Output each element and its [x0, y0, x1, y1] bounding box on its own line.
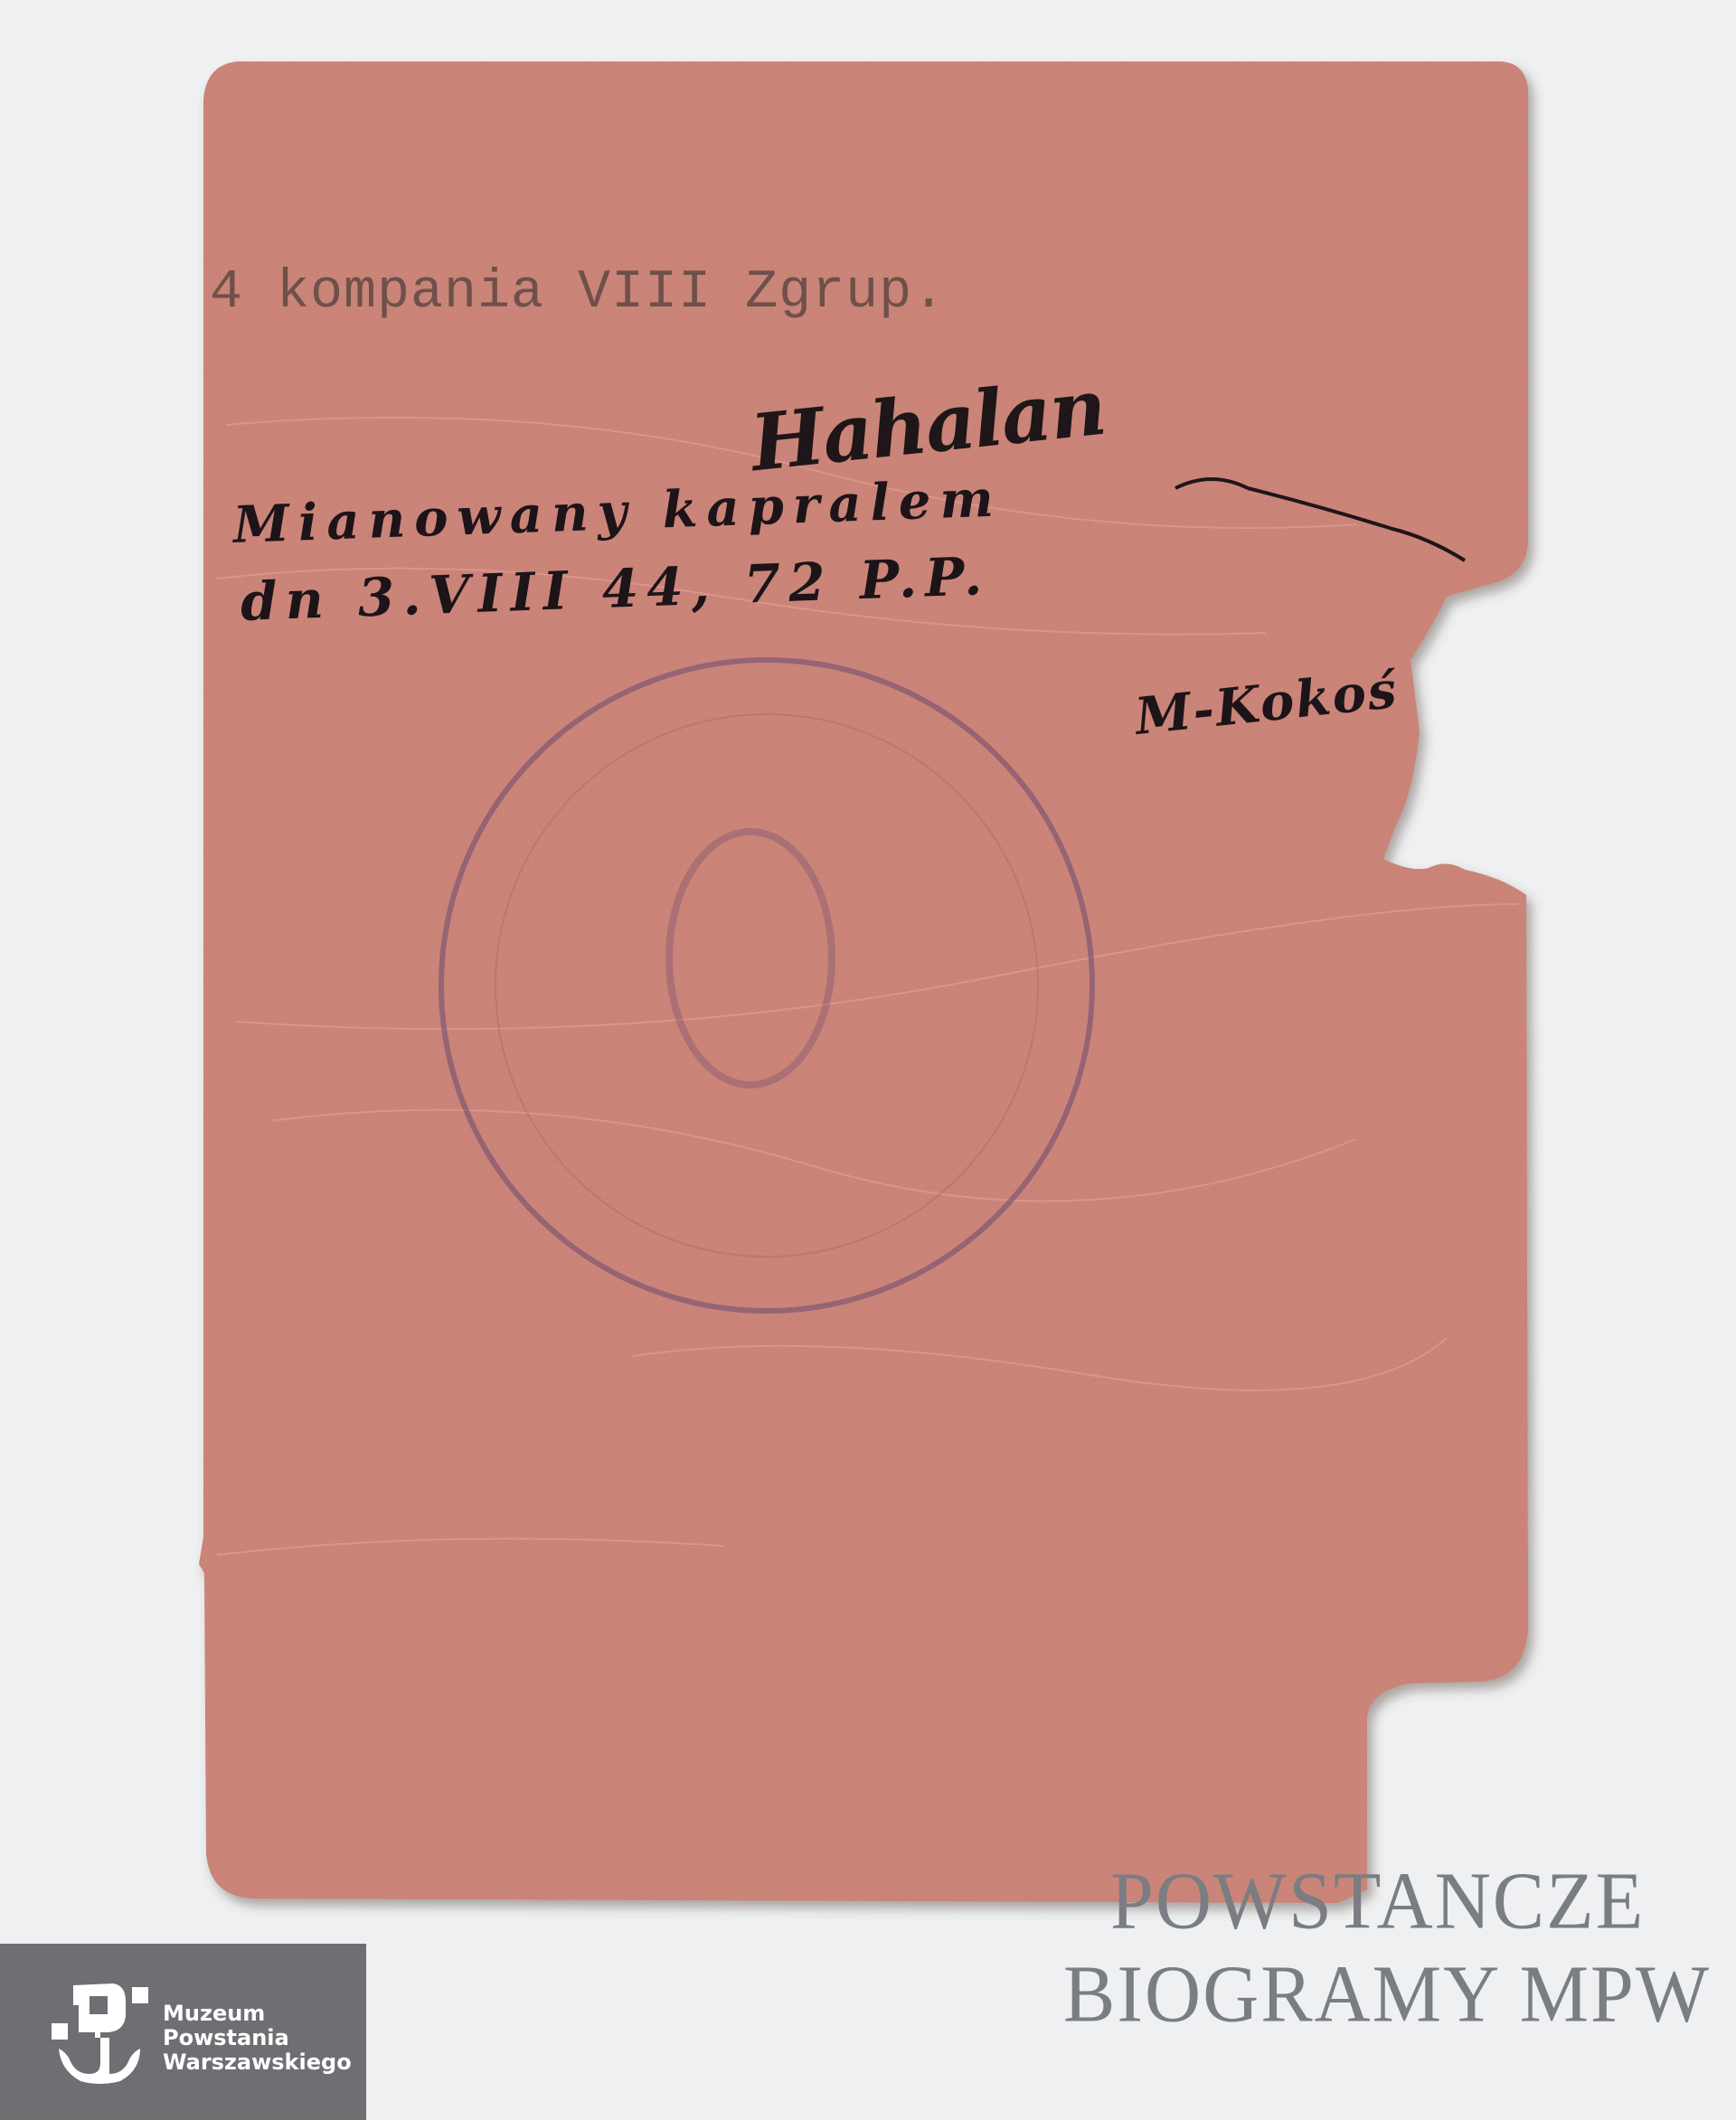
museum-name: Muzeum Powstania Warszawskiego — [163, 2002, 352, 2075]
watermark-line-2: BIOGRAMY MPW — [1063, 1946, 1711, 2041]
museum-logo: Muzeum Powstania Warszawskiego — [0, 1944, 366, 2120]
logo-line-2: Powstania — [163, 2026, 352, 2050]
logo-line-1: Muzeum — [163, 2002, 352, 2026]
watermark-line-1: POWSTANCZE — [1110, 1853, 1645, 1948]
typed-unit-line: 4 kompania VIII Zgrup. — [210, 262, 946, 324]
kotwica-anchor-icon — [50, 1980, 149, 2088]
logo-line-3: Warszawskiego — [163, 2050, 352, 2075]
